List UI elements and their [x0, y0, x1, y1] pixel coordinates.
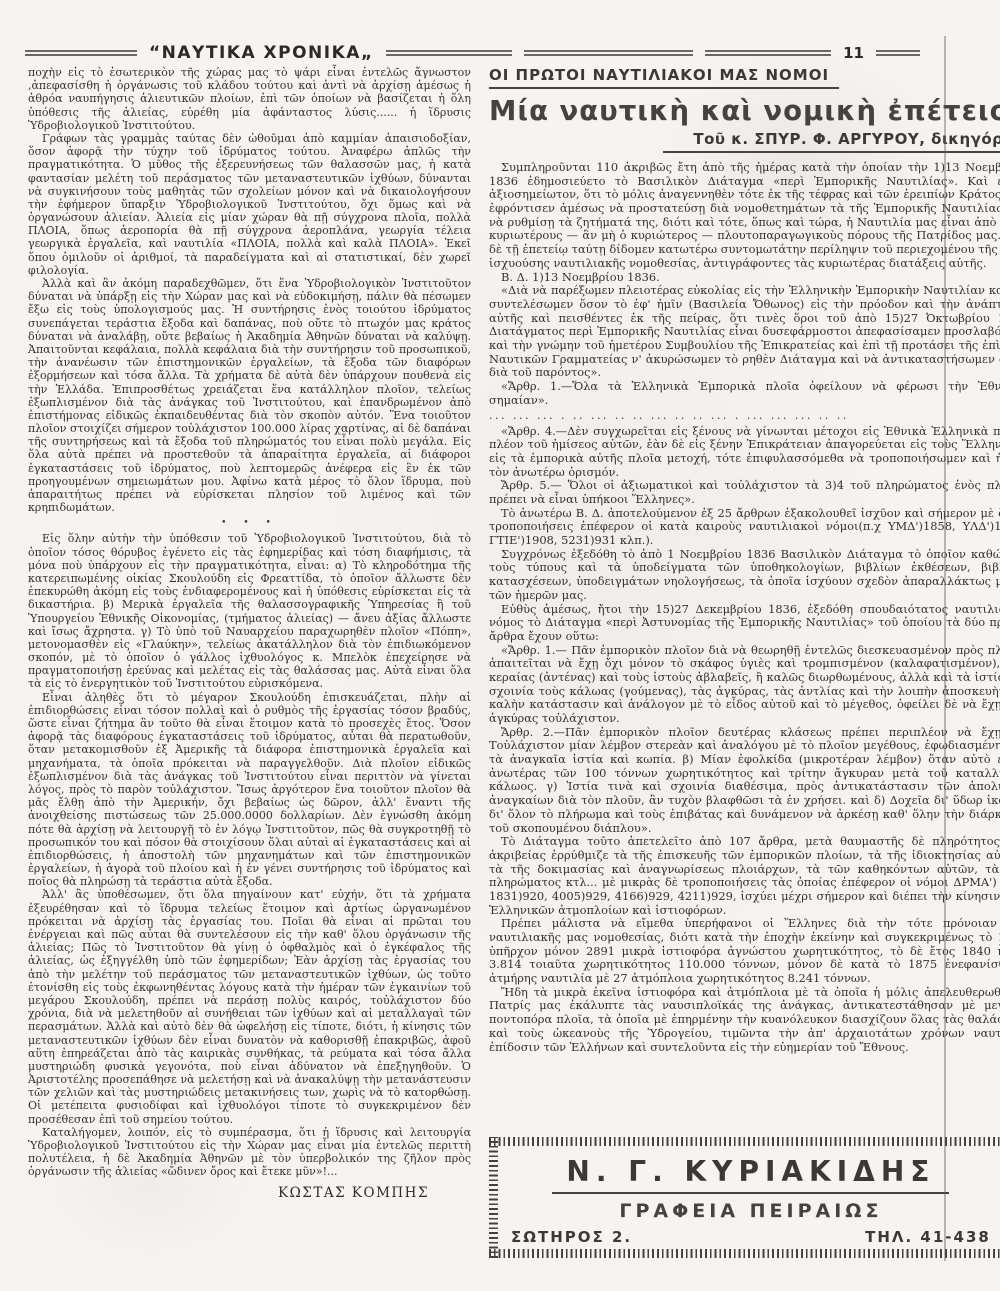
article-title: Μία ναυτικὴ καὶ νομικὴ ἐπέτειος	[489, 95, 1000, 128]
advert-border-bottom	[489, 1249, 1000, 1258]
masthead-rule-right	[876, 50, 920, 56]
paragraph: «Ἄρθρ. 1.—Ὅλα τὰ Ἑλληνικὰ Ἐμπορικὰ πλοῖα…	[489, 380, 1000, 407]
byline-text: Τοῦ κ. ΣΠΥΡ. Φ. ΑΡΓΥΡΟΥ, δικηγόρου	[663, 130, 1000, 153]
masthead-title: “ΝΑΥΤΙΚΑ ΧΡΟΝΙΚΑ„	[149, 43, 374, 63]
section-separator: • • •	[28, 515, 471, 531]
paragraph: «Ἄρθρ. 4.—Δὲν συγχωρεῖται εἰς ξένους νὰ …	[489, 425, 1000, 480]
article-kicker: ΟΙ ΠΡΩΤΟΙ ΝΑΥΤΙΛΙΑΚΟΙ ΜΑΣ ΝΟΜΟΙ	[489, 66, 1000, 89]
paragraph: Εἶναι ἀληθὲς ὅτι τὸ μέγαρον Σκουλούδη ἐπ…	[28, 691, 471, 889]
content-columns: ποχὴν εἰς τὸ ἐσωτερικὸν τῆς χώρας μας τὸ…	[28, 66, 972, 1291]
kicker-text: ΟΙ ΠΡΩΤΟΙ ΝΑΥΤΙΛΙΑΚΟΙ ΜΑΣ ΝΟΜΟΙ	[489, 66, 839, 89]
advert-box: Ν. Γ. ΚΥΡΙΑΚΙΔΗΣ ΓΡΑΦΕΙΑ ΠΕΙΡΑΙΩΣ ΣΩΤΗΡΟ…	[489, 1137, 1000, 1258]
advert-phone: ΤΗΛ. 41-438	[865, 1228, 991, 1246]
masthead-rule-mid-1	[386, 50, 512, 56]
decree-heading: Β. Δ. 1)13 Νοεμβρίου 1836.	[489, 271, 1000, 285]
paragraph: Τὸ ἀνωτέρω Β. Δ. ἀποτελούμενον ἐξ 25 ἄρθ…	[489, 507, 1000, 548]
paragraph: Εἰς ὅλην αὐτὴν τὴν ὑπόθεσιν τοῦ Ὑδροβιολ…	[28, 532, 471, 690]
advert-contact-row: ΣΩΤΗΡΟΣ 2. ΤΗΛ. 41-438	[509, 1228, 993, 1246]
advert-address: ΣΩΤΗΡΟΣ 2.	[511, 1228, 632, 1246]
advert-company-name: Ν. Γ. ΚΥΡΙΑΚΙΔΗΣ	[552, 1155, 949, 1195]
right-article: ΟΙ ΠΡΩΤΟΙ ΝΑΥΤΙΛΙΑΚΟΙ ΜΑΣ ΝΟΜΟΙ Μία ναυτ…	[489, 66, 1000, 1291]
page-number: 11	[843, 44, 864, 62]
paragraph: Ἄρθρ. 2.—Πᾶν ἐμπορικὸν πλοῖον δευτέρας κ…	[489, 726, 1000, 836]
advert-subtitle: ΓΡΑΦΕΙΑ ΠΕΙΡΑΙΩΣ	[509, 1200, 993, 1223]
paragraph: Ἄρθρ. 5.— Ὅλοι οἱ ἀξιωματικοὶ καὶ τοὐλάχ…	[489, 479, 1000, 506]
magazine-page: “ΝΑΥΤΙΚΑ ΧΡΟΝΙΚΑ„ 11 ποχὴν εἰς τὸ ἐσωτερ…	[0, 0, 1000, 1291]
masthead-rule-mid-2	[524, 50, 693, 56]
paragraph: Καταλήγομεν, λοιπόν, εἰς τὸ συμπέρασμα, …	[28, 1126, 471, 1179]
paragraph: Τὸ Διάταγμα τοῦτο ἀπετελεῖτο ἀπὸ 107 ἄρθ…	[489, 835, 1000, 917]
masthead: “ΝΑΥΤΙΚΑ ΧΡΟΝΙΚΑ„ 11	[25, 42, 920, 64]
paragraph: Συμπληροῦνται 110 ἀκριβῶς ἔτη ἀπὸ τῆς ἡμ…	[489, 161, 1000, 271]
advert-border-top	[489, 1137, 1000, 1146]
masthead-rule-mid-3	[705, 50, 831, 56]
paragraph: Συγχρόνως ἐξεδόθη τὸ ἀπὸ 1 Νοεμβρίου 183…	[489, 548, 1000, 603]
paragraph: Γράφων τὰς γραμμὰς ταύτας δὲν ὠθοῦμαι ἀπ…	[28, 132, 471, 277]
masthead-rule-left	[25, 50, 137, 56]
paragraph: Ἀλλ' ἂς ὑποθέσωμεν, ὅτι ὅλα πηγαίνουν κα…	[28, 888, 471, 1125]
paragraph: ποχὴν εἰς τὸ ἐσωτερικὸν τῆς χώρας μας τὸ…	[28, 66, 471, 132]
paragraph: Εὐθὺς ἀμέσως, ἤτοι τὴν 15)27 Δεκεμβρίου …	[489, 603, 1000, 644]
article-body: Συμπληροῦνται 110 ἀκριβῶς ἔτη ἀπὸ τῆς ἡμ…	[489, 161, 1000, 1054]
dotted-separator: ... ... ... . .. ... .. .. ... .. .. ...…	[489, 409, 1000, 422]
paragraph: «Ἄρθρ. 1.— Πᾶν ἐμπορικὸν πλοῖον διὰ νὰ θ…	[489, 644, 1000, 726]
author-signature: ΚΩΣΤΑΣ ΚΟΜΠΗΣ	[28, 1185, 471, 1201]
advert-border-left	[489, 1137, 498, 1258]
paragraph: Ἤδη τὰ μικρὰ ἐκεῖνα ἱστιοφόρα καὶ ἀτμόπλ…	[489, 986, 1000, 1054]
paragraph: Ἀλλὰ καὶ ἂν ἀκόμη παραδεχθῶμεν, ὅτι ἕνα …	[28, 277, 471, 514]
paragraph: «Διὰ νὰ παρέξωμεν πλειοτέρας εὐκολίας εἰ…	[489, 284, 1000, 380]
article-byline: Τοῦ κ. ΣΠΥΡ. Φ. ΑΡΓΥΡΟΥ, δικηγόρου	[489, 130, 1000, 153]
paragraph: Πρέπει μάλιστα νὰ εἴμεθα ὑπερήφανοι οἱ Ἕ…	[489, 917, 1000, 985]
left-article: ποχὴν εἰς τὸ ἐσωτερικὸν τῆς χώρας μας τὸ…	[28, 66, 471, 1291]
page-edge-line	[944, 36, 946, 1261]
